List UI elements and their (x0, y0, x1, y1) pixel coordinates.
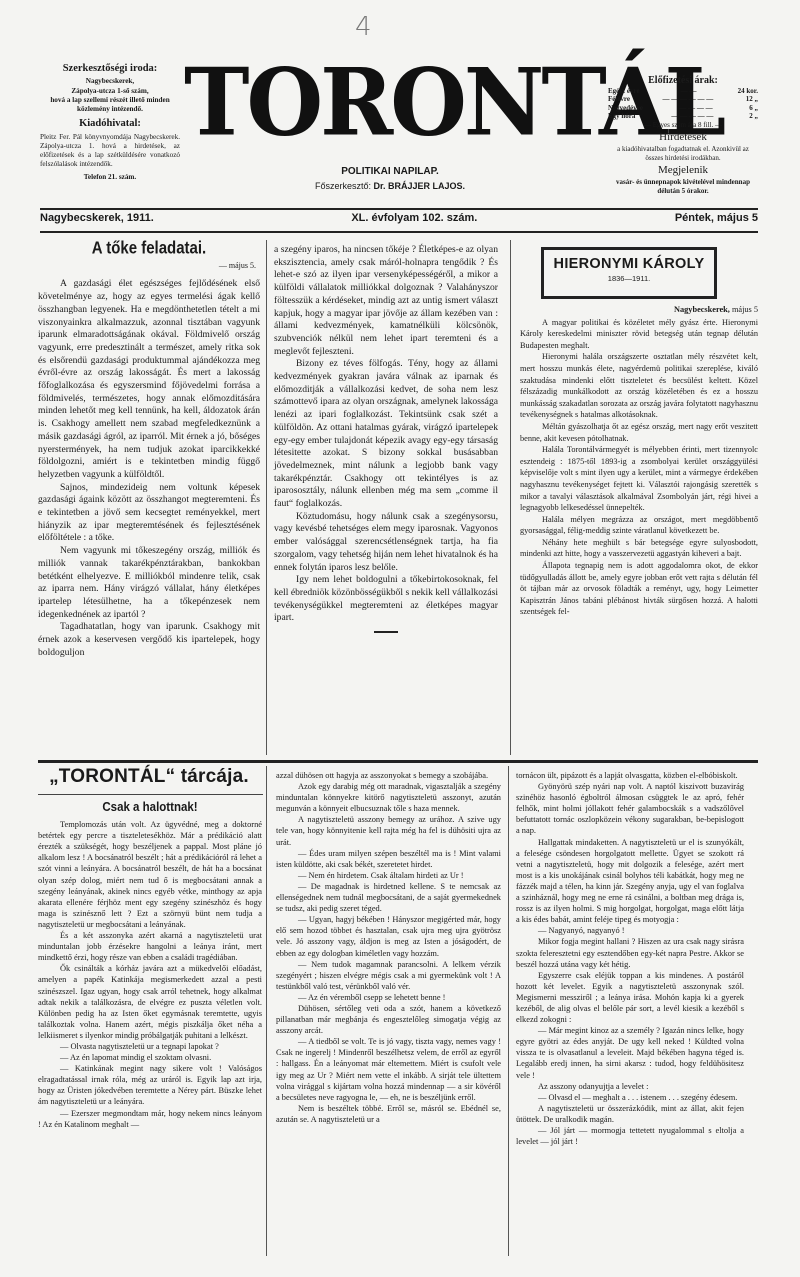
paragraph: A gazdasági élet egészséges fejlődésének… (38, 278, 260, 481)
dateline-issue: XL. évfolyam 102. szám. (351, 212, 477, 224)
paragraph: tornácon ült, pipázott és a lapját olvas… (516, 770, 744, 781)
paragraph: azzal dühösen ott hagyja az asszonyokat … (276, 770, 501, 781)
paragraph: A nagytiszteletü ur összerázkódik, mint … (516, 1103, 744, 1125)
paragraph: Egyszerre csak eléjük toppan a kis minde… (516, 970, 744, 1025)
paragraph: Dühösen, sértőleg veti oda a szót, hanem… (276, 1003, 501, 1036)
paragraph: A magyar politikai és közéletet mély gyá… (520, 317, 758, 352)
editorial-office-box: Szerkesztőségi iroda: Nagybecskerek, Záp… (40, 62, 180, 182)
paragraph: Mikor fogja megint hallani ? Hiszen az u… (516, 936, 744, 969)
dateline-day: Péntek, május 5 (675, 212, 758, 224)
subscription-heading: Előfizetési árak: (608, 75, 758, 87)
paragraph: — Jól járt — mormogja tettetett nyugalom… (516, 1125, 744, 1147)
paragraph: Nem vagyunk mi tőkeszegény ország, milli… (38, 545, 260, 621)
newspaper-title: TORONTÁL (184, 50, 590, 155)
paragraph: A nagytiszteletü asszony bemegy az uráho… (276, 814, 501, 847)
paragraph: Köztudomásu, hogy nálunk csak a szegénys… (274, 511, 498, 575)
column-divider (266, 766, 267, 1256)
dateline-bottom-rule (40, 231, 758, 233)
end-mark (374, 631, 398, 633)
lead-article-date: — május 5. (38, 260, 256, 273)
paragraph: — Nem tudok magamnak parancsolni. A lelk… (276, 959, 501, 992)
price-label: Egész évre (608, 87, 640, 95)
obituary-place: Nagybecskerek, (674, 305, 730, 314)
obituary-dateline: Nagybecskerek, május 5 (520, 304, 758, 316)
price-value: 6 „ (749, 104, 758, 112)
paragraph: a szegény iparos, ha nincsen tőkéje ? Él… (274, 244, 498, 358)
obituary-name: HIERONYMI KÁROLY (544, 256, 714, 272)
paragraph: — Katinkának megint nagy sikere volt ! V… (38, 1063, 262, 1107)
top-rule (40, 208, 758, 210)
price-value: 2 „ (749, 112, 758, 120)
paragraph: — Édes uram milyen szépen beszéltél ma i… (276, 848, 501, 870)
feuilleton-title-rule (38, 794, 263, 795)
price-row: Félévre— — — — — —12 „ (608, 95, 758, 103)
price-dashes: — — — — — — (663, 95, 714, 103)
price-label: Negyedévre (608, 104, 643, 112)
publisher-heading: Kiadóhivatal: (40, 117, 180, 130)
dateline-place-year: Nagybecskerek, 1911. (40, 212, 154, 224)
single-copy-price: — Egyes szám ára 8 fill. — (608, 121, 758, 129)
feuilleton-col-2: azzal dühösen ott hagyja az asszonyokat … (276, 770, 501, 1125)
obituary-box: HIERONYMI KÁROLY 1836—1911. (541, 247, 717, 299)
editor-name: Dr. BRÁJJER LAJOS. (374, 181, 466, 191)
feuilleton-section-title: „TORONTÁL“ tárcája. (40, 766, 258, 788)
price-label: Egy hóra (608, 112, 635, 120)
paragraph: Gyönyörü szép nyári nap volt. A naptól k… (516, 781, 744, 836)
paragraph: — Az én lapomat mindig el szoktam olvasn… (38, 1052, 262, 1063)
paragraph: Tagadhatatlan, hogy van iparunk. Csakhog… (38, 621, 260, 659)
paragraph: Néhány hete meghült s bár betegsége egyr… (520, 537, 758, 560)
story-title: Csak a halottnak! (38, 802, 262, 814)
paragraph: Templomozás után volt. Az ügyvédné, meg … (38, 819, 262, 930)
price-dashes: — — — — — (671, 112, 713, 120)
paragraph: Hieronymi halála országszerte osztatlan … (520, 351, 758, 421)
price-value: 12 „ (746, 95, 758, 103)
publisher-text: Pleitz Fer. Pál könyvnyomdája Nagybecske… (40, 133, 180, 170)
paragraph: — Olvasd el — meghalt a . . . istenem . … (516, 1092, 744, 1103)
paragraph: Nem is beszéltek többé. Erről se, másról… (276, 1103, 501, 1125)
ads-heading: Hirdetések (608, 131, 758, 144)
paragraph: Igy nem lehet boldogulni a tőkebirtokoso… (274, 574, 498, 625)
price-row: Negyedévre— — — —6 „ (608, 104, 758, 112)
price-dashes: — — (681, 87, 697, 95)
publication-heading: Megjelenik (608, 164, 758, 177)
obituary-text: Nagybecskerek, május 5 A magyar politika… (520, 304, 758, 618)
editorial-office-heading: Szerkesztőségi iroda: (40, 62, 180, 75)
editor-label: Főszerkesztő: (315, 181, 371, 191)
price-value: 24 kor. (738, 87, 758, 95)
paragraph: — Ezerszer megmondtam már, hogy nekem ni… (38, 1108, 262, 1130)
lead-article-col-1: A tőke feladatai. — május 5. A gazdasági… (38, 243, 260, 660)
subscription-box: Előfizetési árak: Egész évre— —24 kor. F… (608, 75, 758, 195)
phone-number: Telefon 21. szám. (40, 173, 180, 182)
paragraph: Az asszony odanyujtja a levelet : (516, 1081, 744, 1092)
editorial-note: hová a lap szellemi részét illető minden… (40, 96, 180, 114)
paragraph: — Nem én hirdetem. Csak általam hirdeti … (276, 870, 501, 881)
price-row: Egész évre— —24 kor. (608, 87, 758, 95)
newspaper-subtitle: POLITIKAI NAPILAP. (250, 166, 530, 177)
paragraph: Azok egy darabig még ott maradnak, vigas… (276, 781, 501, 814)
feuilleton-col-1: Csak a halottnak! Templomozás után volt.… (38, 803, 262, 1130)
paragraph: — Olvasta nagytiszteletü ur a tegnapi la… (38, 1041, 262, 1052)
ads-text: a kiadóhivatalban fogadtatnak el. Azonki… (608, 145, 758, 162)
price-dashes: — — — — (679, 104, 712, 112)
feuilleton-top-rule (38, 760, 758, 763)
lead-article-col-2: a szegény iparos, ha nincsen tőkéje ? Él… (274, 244, 498, 633)
lead-article-title: A tőke feladatai. (38, 242, 260, 257)
paragraph: — Ugyan, hagyj békében ! Hányszor megigé… (276, 914, 501, 958)
pencil-mark: 4 (355, 12, 372, 42)
paragraph: Hallgattak mindaketten. A nagytiszteletü… (516, 837, 744, 926)
paragraph: Halála mélyen megrázza az országot, mert… (520, 514, 758, 537)
column-divider (266, 240, 267, 755)
paragraph: — A tiedből se volt. Te is jó vagy, tisz… (276, 1036, 501, 1103)
paragraph: — Az én véremből csepp se lehetett benne… (276, 992, 501, 1003)
publication-text: vasár- és ünnepnapok kivételével mindenn… (608, 178, 758, 195)
paragraph: — De magadnak is hirdetned kellene. S te… (276, 881, 501, 914)
paragraph: — Nagyanyó, nagyanyó ! (516, 925, 744, 936)
paragraph: És a két asszonyka azért akarná a nagyti… (38, 930, 262, 963)
editor-line: Főszerkesztő: Dr. BRÁJJER LAJOS. (250, 181, 530, 191)
paragraph: Állapota tegnapig nem is adott aggodalom… (520, 560, 758, 618)
paragraph: Sajnos, mindezideig nem voltunk képesek … (38, 482, 260, 546)
price-label: Félévre (608, 95, 630, 103)
paragraph: Bizony ez téves fölfogás. Tény, hogy az … (274, 358, 498, 510)
dateline: Nagybecskerek, 1911. XL. évfolyam 102. s… (40, 212, 758, 224)
editorial-city: Nagybecskerek, (40, 77, 180, 86)
obituary-date: május 5 (732, 305, 758, 314)
obituary-years: 1836—1911. (544, 274, 714, 283)
column-divider (510, 240, 511, 755)
paragraph: Méltán gyászolhatja őt az egész ország, … (520, 421, 758, 444)
paragraph: Ők csinálták a kórház javára azt a müked… (38, 963, 262, 1041)
column-divider (508, 766, 509, 1256)
paragraph: Halála Torontálvármegyét is mélyebben ér… (520, 444, 758, 514)
paragraph: — Már megint kinoz az a személy ? Igazán… (516, 1025, 744, 1080)
editorial-address: Zápolya-utcza 1-ső szám, (40, 87, 180, 96)
price-row: Egy hóra— — — — —2 „ (608, 112, 758, 120)
feuilleton-col-3: tornácon ült, pipázott és a lapját olvas… (516, 770, 744, 1147)
